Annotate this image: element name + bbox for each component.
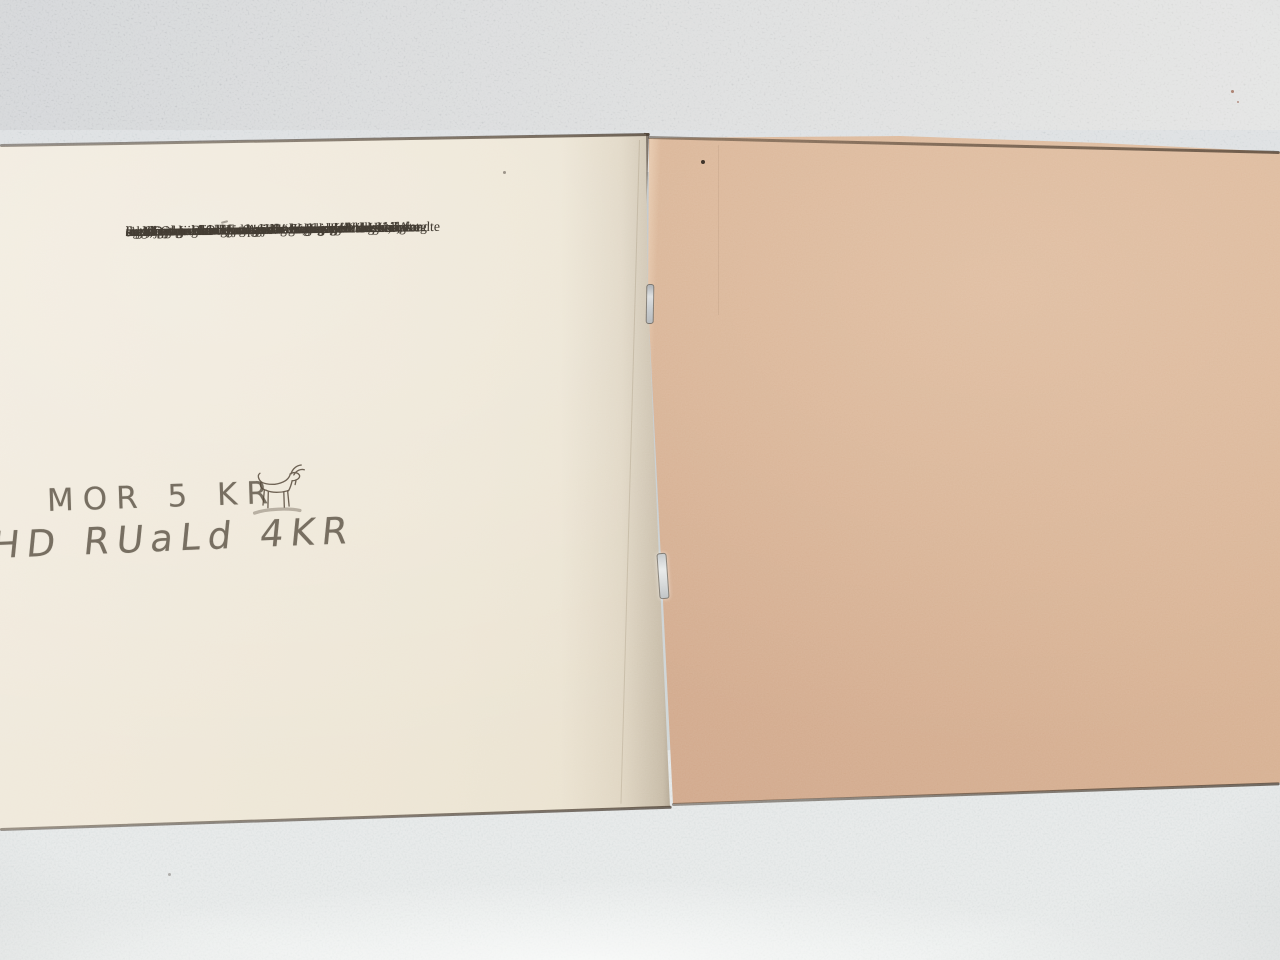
- staple-top: [646, 284, 655, 324]
- wall-speck: [1237, 101, 1239, 103]
- handwriting-line-1: MOR 5 KR: [46, 475, 277, 519]
- right-page-crease: [718, 145, 719, 315]
- paper-speck: [503, 171, 506, 174]
- goat-drawing: [245, 462, 309, 520]
- goat-outline: [253, 465, 306, 513]
- paper-speck: [701, 160, 705, 164]
- photo-scene: for han kan ikke forstaa!“ og det sagde …: [0, 0, 1280, 960]
- table-speck: [168, 873, 171, 876]
- wall-speck: [1231, 90, 1234, 93]
- printed-text-line: stole paa.: [126, 223, 181, 240]
- printed-text-block: for han kan ikke forstaa!“ og det sagde …: [126, 218, 463, 224]
